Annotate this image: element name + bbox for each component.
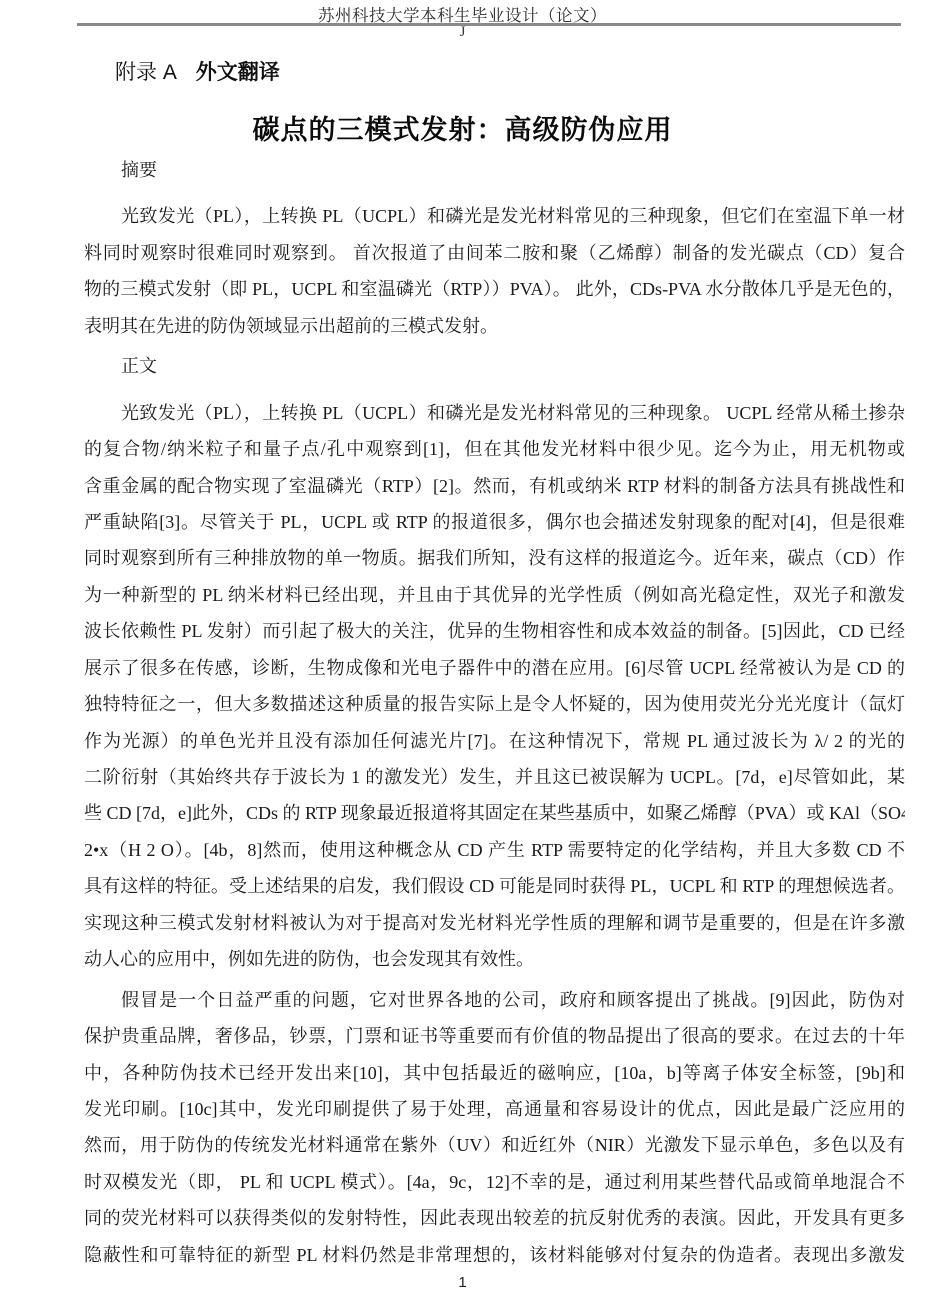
paragraph: 光致发光（PL），上转换 PL（UCPL）和磷光是发光材料常见的三种现象，但它们…: [84, 198, 905, 344]
appendix-heading: 附录 A外文翻译: [115, 56, 280, 86]
text-line: 些 CD [7d，e]此外，CDs 的 RTP 现象最近报道将其固定在某些基质中…: [84, 795, 905, 831]
text-line: 实现这种三模式发射材料被认为对于提高对发光材料光学性质的理解和调节是重要的，但是…: [84, 905, 905, 941]
text-line: 中，各种防伪技术已经开发出来[10]，其中包括最近的磁响应，[10a，b]等离子…: [84, 1055, 905, 1091]
text-line: 为一种新型的 PL 纳米材料已经出现，并且由于其优异的光学性质（例如高光稳定性，…: [84, 577, 905, 613]
text-line: 2•x（H 2 O）。[4b，8]然而，使用这种概念从 CD 产生 RTP 需要…: [84, 832, 905, 868]
text-line: 料同时观察时很难同时观察到。 首次报道了由间苯二胺和聚（乙烯醇）制备的发光碳点（…: [84, 235, 905, 271]
text-line: 独特特征之一，但大多数描述这种质量的报告实际上是令人怀疑的，因为使用荧光分光光度…: [84, 686, 905, 722]
text-line: 含重金属的配合物实现了室温磷光（RTP）[2]。然而，有机或纳米 RTP 材料的…: [84, 468, 905, 504]
paragraph: 光致发光（PL），上转换 PL（UCPL）和磷光是发光材料常见的三种现象。 UC…: [84, 395, 905, 978]
text-line: 光致发光（PL），上转换 PL（UCPL）和磷光是发光材料常见的三种现象。 UC…: [84, 395, 905, 431]
text-line: 展示了很多在传感，诊断，生物成像和光电子器件中的潜在应用。[6]尽管 UCPL …: [84, 650, 905, 686]
text-line: 具有这样的特征。受上述结果的启发，我们假设 CD 可能是同时获得 PL，UCPL…: [84, 868, 905, 904]
text-line: 同时观察到所有三种排放物的单一物质。据我们所知，没有这样的报道迄今。近年来，碳点…: [84, 540, 905, 576]
document-page: 苏州科技大学本科生毕业设计（论文） J 附录 A外文翻译 碳点的三模式发射：高级…: [0, 0, 925, 1309]
text-line: 假冒是一个日益严重的问题，它对世界各地的公司，政府和顾客提出了挑战。[9]因此，…: [84, 982, 905, 1018]
text-line: 作为光源）的单色光并且没有添加任何滤光片[7]。在这种情况下，常规 PL 通过波…: [84, 723, 905, 759]
text-line: 表明其在先进的防伪领域显示出超前的三模式发射。: [84, 308, 905, 344]
section-label: 正文: [84, 348, 905, 384]
text-line: 光致发光（PL），上转换 PL（UCPL）和磷光是发光材料常见的三种现象，但它们…: [84, 198, 905, 234]
text-line: 严重缺陷[3]。尽管关于 PL，UCPL 或 RTP 的报道很多，偶尔也会描述发…: [84, 504, 905, 540]
appendix-label: 附录 A: [115, 61, 177, 84]
appendix-title: 外文翻译: [196, 61, 280, 84]
text-line: 二阶衍射（其始终共存于波长为 1 的激发光）发生，并且这已被误解为 UCPL。[…: [84, 759, 905, 795]
text-line: 波长依赖性 PL 发射）而引起了极大的关注，优异的生物相容性和成本效益的制备。[…: [84, 613, 905, 649]
document-body: 摘要光致发光（PL），上转换 PL（UCPL）和磷光是发光材料常见的三种现象，但…: [84, 152, 905, 1277]
paragraph: 假冒是一个日益严重的问题，它对世界各地的公司，政府和顾客提出了挑战。[9]因此，…: [84, 982, 905, 1274]
text-line: 物的三模式发射（即 PL，UCPL 和室温磷光（RTP））PVA）。 此外，CD…: [84, 271, 905, 307]
text-line: 的复合物/纳米粒子和量子点/孔中观察到[1]，但在其他发光材料中很少见。迄今为止…: [84, 431, 905, 467]
text-line: 动人心的应用中，例如先进的防伪，也会发现其有效性。: [84, 941, 905, 977]
text-line: 然而，用于防伪的传统发光材料通常在紫外（UV）和近红外（NIR）光激发下显示单色…: [84, 1127, 905, 1163]
text-line: 发光印刷。[10c]其中，发光印刷提供了易于处理，高通量和容易设计的优点，因此是…: [84, 1091, 905, 1127]
text-line: 时双模发光（即， PL 和 UCPL 模式）。[4a，9c，12]不幸的是，通过…: [84, 1164, 905, 1200]
text-line: 同的荧光材料可以获得类似的发射特性，因此表现出较差的抗反射优秀的表演。因此，开发…: [84, 1200, 905, 1236]
text-line: 保护贵重品牌，奢侈品，钞票，门票和证书等重要而有价值的物品提出了很高的要求。在过…: [84, 1018, 905, 1054]
section-label: 摘要: [84, 152, 905, 188]
document-title: 碳点的三模式发射：高级防伪应用: [0, 108, 925, 147]
text-line: 隐蔽性和可靠特征的新型 PL 材料仍然是非常理想的，该材料能够对付复杂的伪造者。…: [84, 1237, 905, 1273]
page-number: 1: [0, 1274, 925, 1291]
header-mark: J: [0, 24, 925, 41]
